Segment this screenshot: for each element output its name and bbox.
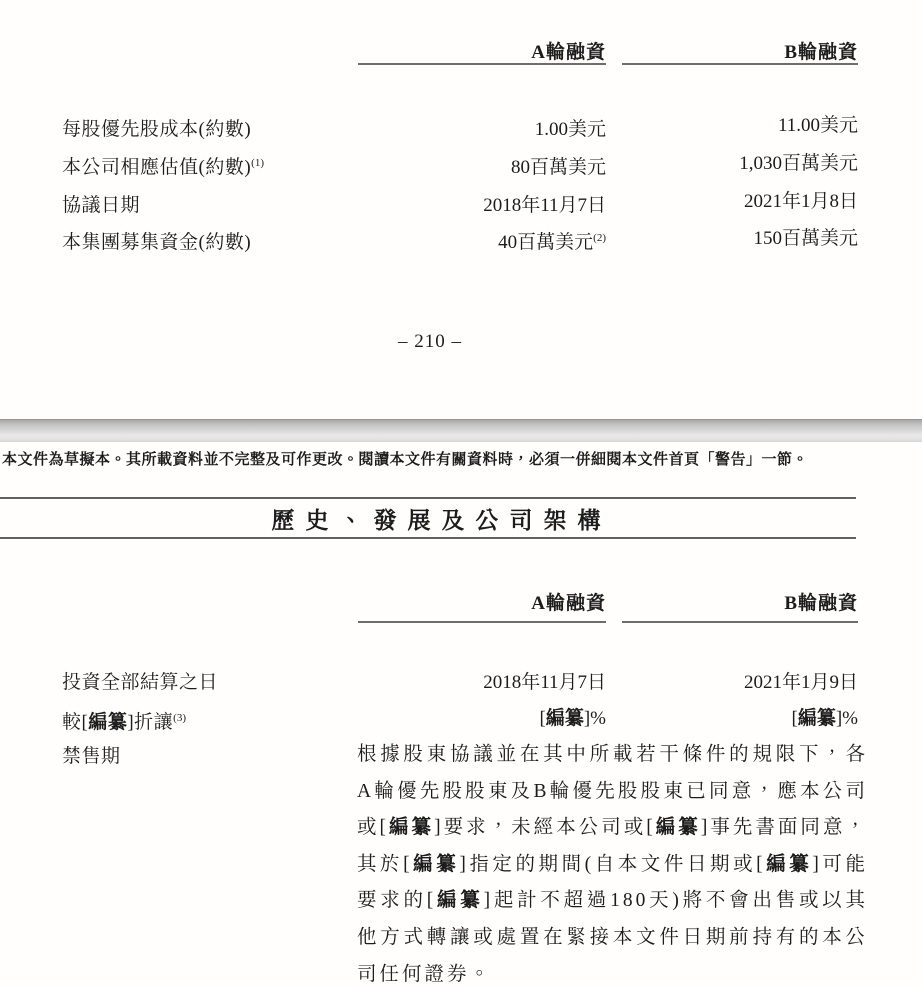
value-col-a: 1.00美元 [535, 112, 606, 143]
value-col-a: 40百萬美元(2) [498, 225, 606, 256]
value-col-a: 2018年11月7日 [483, 188, 606, 219]
draft-disclaimer: 本文件為草擬本。其所載資料並不完整及可作更改。閱讀本文件有關資料時，必須一併細閱… [2, 450, 882, 470]
value-col-b: 150百萬美元 [753, 225, 858, 252]
value-col-b: 2021年1月9日 [744, 669, 858, 696]
row-label: 禁售期 [62, 743, 121, 770]
row-label: 投資全部結算之日 [62, 669, 218, 696]
table1-col-a-header: A輪融資 [531, 37, 606, 64]
table-row: 本公司相應估值(約數)(1) 80百萬美元 1,030百萬美元 [0, 150, 922, 177]
value-col-b: 1,030百萬美元 [739, 150, 858, 177]
table2-col-b-header: B輪融資 [784, 588, 858, 615]
value-col-b: 2021年1月8日 [744, 188, 858, 215]
row-label: 本集團募集資金(約數) [62, 225, 251, 256]
row-label: 協議日期 [62, 188, 140, 219]
value-col-a: 80百萬美元 [511, 150, 606, 181]
table2-col-a-header: A輪融資 [531, 588, 606, 615]
title-rule-bottom [0, 537, 856, 539]
table2-col-a-underline [358, 621, 606, 623]
value-col-b: 11.00美元 [778, 112, 858, 139]
title-rule-top [0, 497, 856, 499]
page-number: – 210 – [0, 331, 860, 353]
table-row: 每股優先股成本(約數) 1.00美元 11.00美元 [0, 112, 922, 139]
table1-col-b-underline [622, 63, 858, 65]
lockup-period-paragraph: 根據股東協議並在其中所載若干條件的規限下，各A輪優先股股東及B輪優先股股東已同意… [357, 737, 868, 987]
row-label: 本公司相應估值(約數)(1) [62, 150, 264, 181]
table-row: 較[編纂]折讓(3) [編纂]% [編纂]% [0, 705, 922, 732]
row-label: 較[編纂]折讓(3) [62, 705, 186, 736]
page-separator [0, 419, 922, 442]
footnote-ref: (3) [173, 712, 186, 724]
table1-col-a-underline [358, 63, 606, 65]
table2-col-b-underline [622, 621, 858, 623]
value-col-a: 2018年11月7日 [483, 669, 606, 696]
footnote-ref: (2) [593, 232, 606, 244]
row-label: 每股優先股成本(約數) [62, 112, 251, 143]
table-row: 投資全部結算之日 2018年11月7日 2021年1月9日 [0, 669, 922, 696]
value-col-b: [編纂]% [792, 705, 859, 732]
table1-col-b-header: B輪融資 [784, 37, 858, 64]
table-row: 協議日期 2018年11月7日 2021年1月8日 [0, 188, 922, 215]
footnote-ref: (1) [251, 157, 264, 169]
section-title: 歷史、發展及公司架構 [0, 502, 872, 535]
value-col-a: [編纂]% [540, 705, 607, 732]
table-row: 本集團募集資金(約數) 40百萬美元(2) 150百萬美元 [0, 225, 922, 252]
document-viewport: A輪融資 B輪融資 每股優先股成本(約數) 1.00美元 11.00美元 本公司… [0, 0, 922, 987]
